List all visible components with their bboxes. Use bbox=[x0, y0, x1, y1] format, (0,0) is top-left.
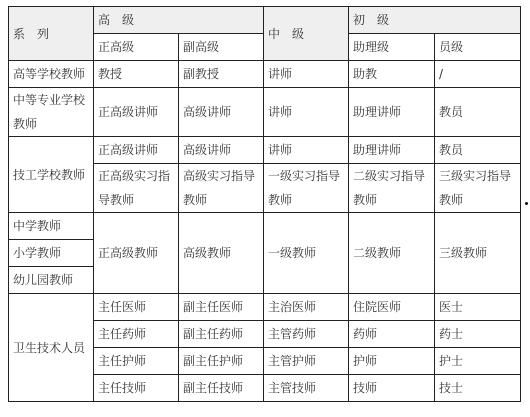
header-junior: 初 级 bbox=[349, 7, 521, 34]
series-cell: 中等专业学校教师 bbox=[9, 88, 94, 137]
table-cell: 主管护师 bbox=[264, 348, 349, 375]
series-cell: 小学教师 bbox=[9, 240, 94, 267]
table-cell: 高级讲师 bbox=[179, 88, 264, 137]
header-senior-deputy: 副高级 bbox=[179, 34, 264, 61]
table-row: 中学教师 正高级教师 高级教师 一级教师 二级教师 三级教师 bbox=[9, 213, 521, 240]
table-cell: 三级教师 bbox=[435, 213, 521, 294]
table-cell: 讲师 bbox=[264, 88, 349, 137]
table-cell: 主任医师 bbox=[94, 294, 179, 321]
table-cell: 主管技师 bbox=[264, 375, 349, 402]
series-cell: 卫生技术人员 bbox=[9, 294, 94, 402]
table-cell: 主管药师 bbox=[264, 321, 349, 348]
table-cell: 助教 bbox=[349, 61, 435, 88]
table-cell: 教员 bbox=[435, 137, 521, 164]
table-row: 卫生技术人员 主任医师 副主任医师 主治医师 住院医师 医士 bbox=[9, 294, 521, 321]
table-cell: 高级实习指导教师 bbox=[179, 164, 264, 213]
professional-title-table: 系 列 高 级 中 级 初 级 正高级 副高级 助理级 员级 高等学校教师 教授… bbox=[8, 6, 521, 402]
table-cell: 药士 bbox=[435, 321, 521, 348]
table-cell: 教授 bbox=[94, 61, 179, 88]
table-cell: 二级教师 bbox=[349, 213, 435, 294]
table-cell: 住院医师 bbox=[349, 294, 435, 321]
table-cell: 高级教师 bbox=[179, 213, 264, 294]
table-cell: / bbox=[435, 61, 521, 88]
table-cell: 正高级讲师 bbox=[94, 137, 179, 164]
table-cell: 护师 bbox=[349, 348, 435, 375]
table-row: 中等专业学校教师 正高级讲师 高级讲师 讲师 助理讲师 教员 bbox=[9, 88, 521, 137]
table-cell: 副主任药师 bbox=[179, 321, 264, 348]
table-cell: 药师 bbox=[349, 321, 435, 348]
table-cell: 助理讲师 bbox=[349, 137, 435, 164]
table-cell: 三级实习指导教师 bbox=[435, 164, 521, 213]
table-cell: 教员 bbox=[435, 88, 521, 137]
table-row: 高等学校教师 教授 副教授 讲师 助教 / bbox=[9, 61, 521, 88]
table-cell: 正高级教师 bbox=[94, 213, 179, 294]
header-junior-assistant: 助理级 bbox=[349, 34, 435, 61]
table-cell: 主任护师 bbox=[94, 348, 179, 375]
series-cell: 幼儿园教师 bbox=[9, 267, 94, 294]
table-cell: 主治医师 bbox=[264, 294, 349, 321]
table-cell: 主任药师 bbox=[94, 321, 179, 348]
table-cell: 副主任护师 bbox=[179, 348, 264, 375]
series-cell: 高等学校教师 bbox=[9, 61, 94, 88]
table-cell: 讲师 bbox=[264, 61, 349, 88]
table-cell: 高级讲师 bbox=[179, 137, 264, 164]
header-row-1: 系 列 高 级 中 级 初 级 bbox=[9, 7, 521, 34]
table-cell: 助理讲师 bbox=[349, 88, 435, 137]
table-cell: 副主任技师 bbox=[179, 375, 264, 402]
table-cell: 副主任医师 bbox=[179, 294, 264, 321]
table-row: 技工学校教师 正高级讲师 高级讲师 讲师 助理讲师 教员 bbox=[9, 137, 521, 164]
header-senior: 高 级 bbox=[94, 7, 264, 34]
table-cell: 主任技师 bbox=[94, 375, 179, 402]
header-junior-staff: 员级 bbox=[435, 34, 521, 61]
header-intermediate: 中 级 bbox=[264, 7, 349, 61]
table-cell: 技师 bbox=[349, 375, 435, 402]
bullet-dot bbox=[525, 202, 528, 205]
table-cell: 护士 bbox=[435, 348, 521, 375]
series-cell: 技工学校教师 bbox=[9, 137, 94, 213]
header-series: 系 列 bbox=[9, 7, 94, 61]
table-cell: 一级实习指导教师 bbox=[264, 164, 349, 213]
series-cell: 中学教师 bbox=[9, 213, 94, 240]
header-senior-full: 正高级 bbox=[94, 34, 179, 61]
table-cell: 副教授 bbox=[179, 61, 264, 88]
table-cell: 二级实习指导教师 bbox=[349, 164, 435, 213]
table-cell: 医士 bbox=[435, 294, 521, 321]
table-cell: 正高级实习指导教师 bbox=[94, 164, 179, 213]
table-cell: 一级教师 bbox=[264, 213, 349, 294]
table-cell: 正高级讲师 bbox=[94, 88, 179, 137]
table-cell: 讲师 bbox=[264, 137, 349, 164]
table-cell: 技士 bbox=[435, 375, 521, 402]
